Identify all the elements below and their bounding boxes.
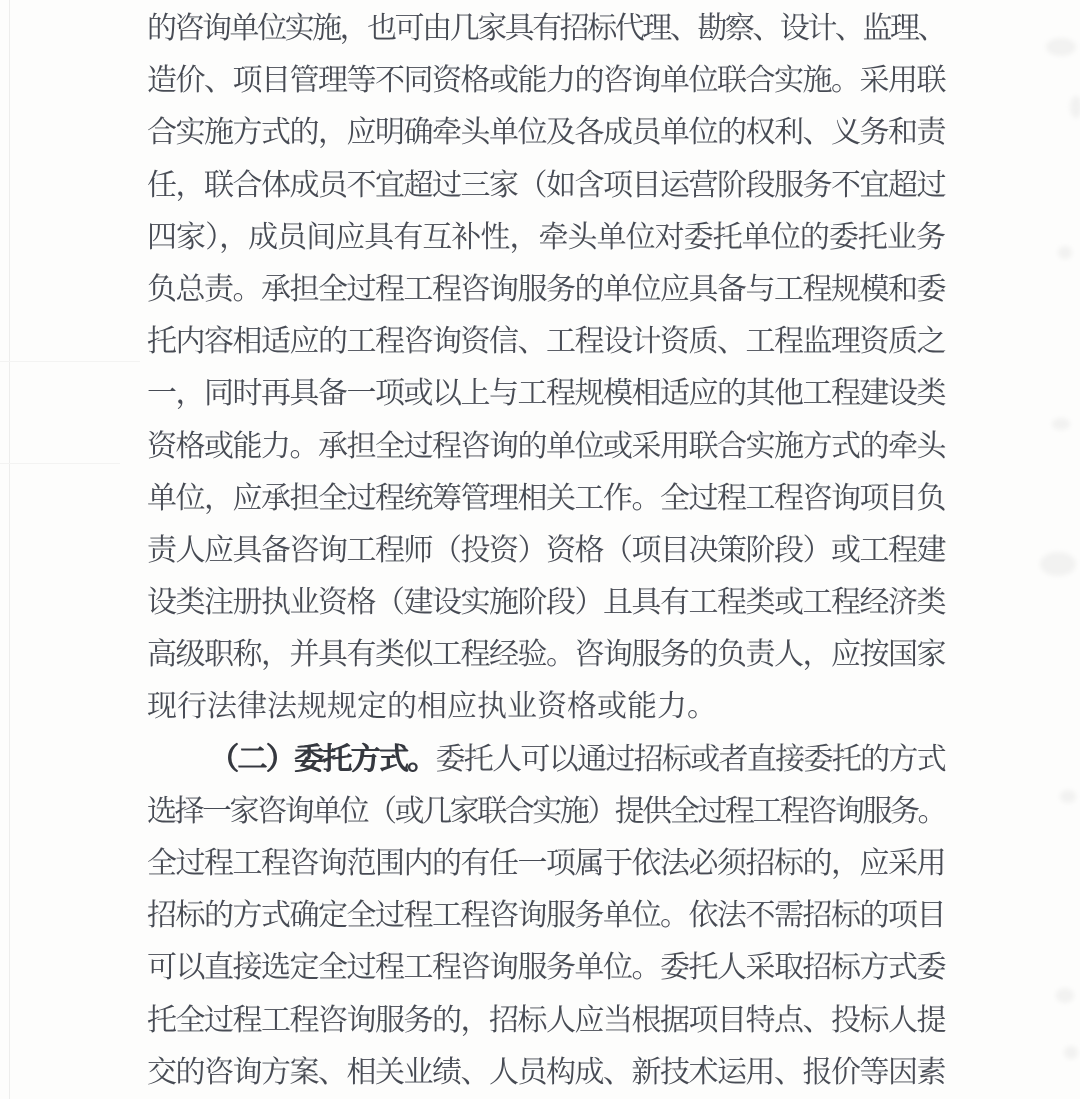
text-line: 托内容相适应的工程咨询资信、工程设计资质、工程监理资质之: [147, 316, 945, 368]
text-line: 资格或能力。承担全过程咨询的单位或采用联合实施方式的牵头: [147, 421, 945, 473]
text-line: 合实施方式的，应明确牵头单位及各成员单位的权利、义务和责: [147, 107, 945, 159]
text-line: 单位，应承担全过程统筹管理相关工作。全过程工程咨询项目负: [147, 473, 945, 525]
text-line: 造价、项目管理等不同资格或能力的咨询单位联合实施。采用联: [147, 55, 945, 107]
scan-smudge: [1070, 96, 1080, 118]
scan-edge-line: [9, 0, 10, 1099]
scan-smudge: [1040, 552, 1076, 576]
scan-smudge: [1060, 790, 1076, 803]
text-line: 任，联合体成员不宜超过三家（如含项目运营阶段服务不宜超过: [147, 160, 945, 212]
scan-smudge: [1058, 246, 1072, 259]
scan-smudge: [1064, 1046, 1078, 1059]
text-line: 全过程工程咨询范围内的有任一项属于依法必须招标的，应采用: [147, 838, 945, 890]
text-line: 选择一家咨询单位（或几家联合实施）提供全过程工程咨询服务。: [147, 786, 945, 838]
document-text-block: 的咨询单位实施，也可由几家具有招标代理、勘察、设计、监理、 造价、项目管理等不同…: [147, 3, 945, 1099]
text-line: 可以直接选定全过程工程咨询服务单位。委托人采取招标方式委: [147, 942, 945, 994]
paragraph-two-heading: （二）委托方式。: [209, 743, 435, 776]
text-line: 招标的方式确定全过程工程咨询服务单位。依法不需招标的项目: [147, 890, 945, 942]
text-line: 托全过程工程咨询服务的，招标人应当根据项目特点、投标人提: [147, 995, 945, 1047]
scan-smudge: [1052, 418, 1070, 430]
text-line: 设类注册执业资格（建设实施阶段）且具有工程类或工程经济类: [147, 577, 945, 629]
text-run: 委托人可以通过招标或者直接委托的方式: [435, 743, 945, 776]
paragraph-indent: [147, 768, 209, 769]
text-line: 交的咨询方案、相关业绩、人员构成、新技术运用、报价等因素: [147, 1047, 945, 1099]
text-line: 的咨询单位实施，也可由几家具有招标代理、勘察、设计、监理、: [147, 3, 945, 55]
text-line: 四家），成员间应具有互补性，牵头单位对委托单位的委托业务: [147, 212, 945, 264]
paragraph-two-first-line: （二）委托方式。委托人可以通过招标或者直接委托的方式: [147, 734, 945, 786]
text-line: 一，同时再具备一项或以上与工程规模相适应的其他工程建设类: [147, 368, 945, 420]
scan-smudge: [1046, 38, 1076, 56]
scan-crease: [0, 463, 120, 464]
text-line: 责人应具备咨询工程师（投资）资格（项目决策阶段）或工程建: [147, 525, 945, 577]
text-line: 高级职称，并具有类似工程经验。咨询服务的负责人，应按国家: [147, 629, 945, 681]
scan-smudge: [1056, 988, 1074, 1003]
scanned-document-page: 的咨询单位实施，也可由几家具有招标代理、勘察、设计、监理、 造价、项目管理等不同…: [0, 0, 1080, 1099]
paragraph-last-line: 现行法律法规规定的相应执业资格或能力。: [147, 681, 945, 733]
text-line: 负总责。承担全过程工程咨询服务的单位应具备与工程规模和委: [147, 264, 945, 316]
scan-crease: [0, 361, 140, 362]
